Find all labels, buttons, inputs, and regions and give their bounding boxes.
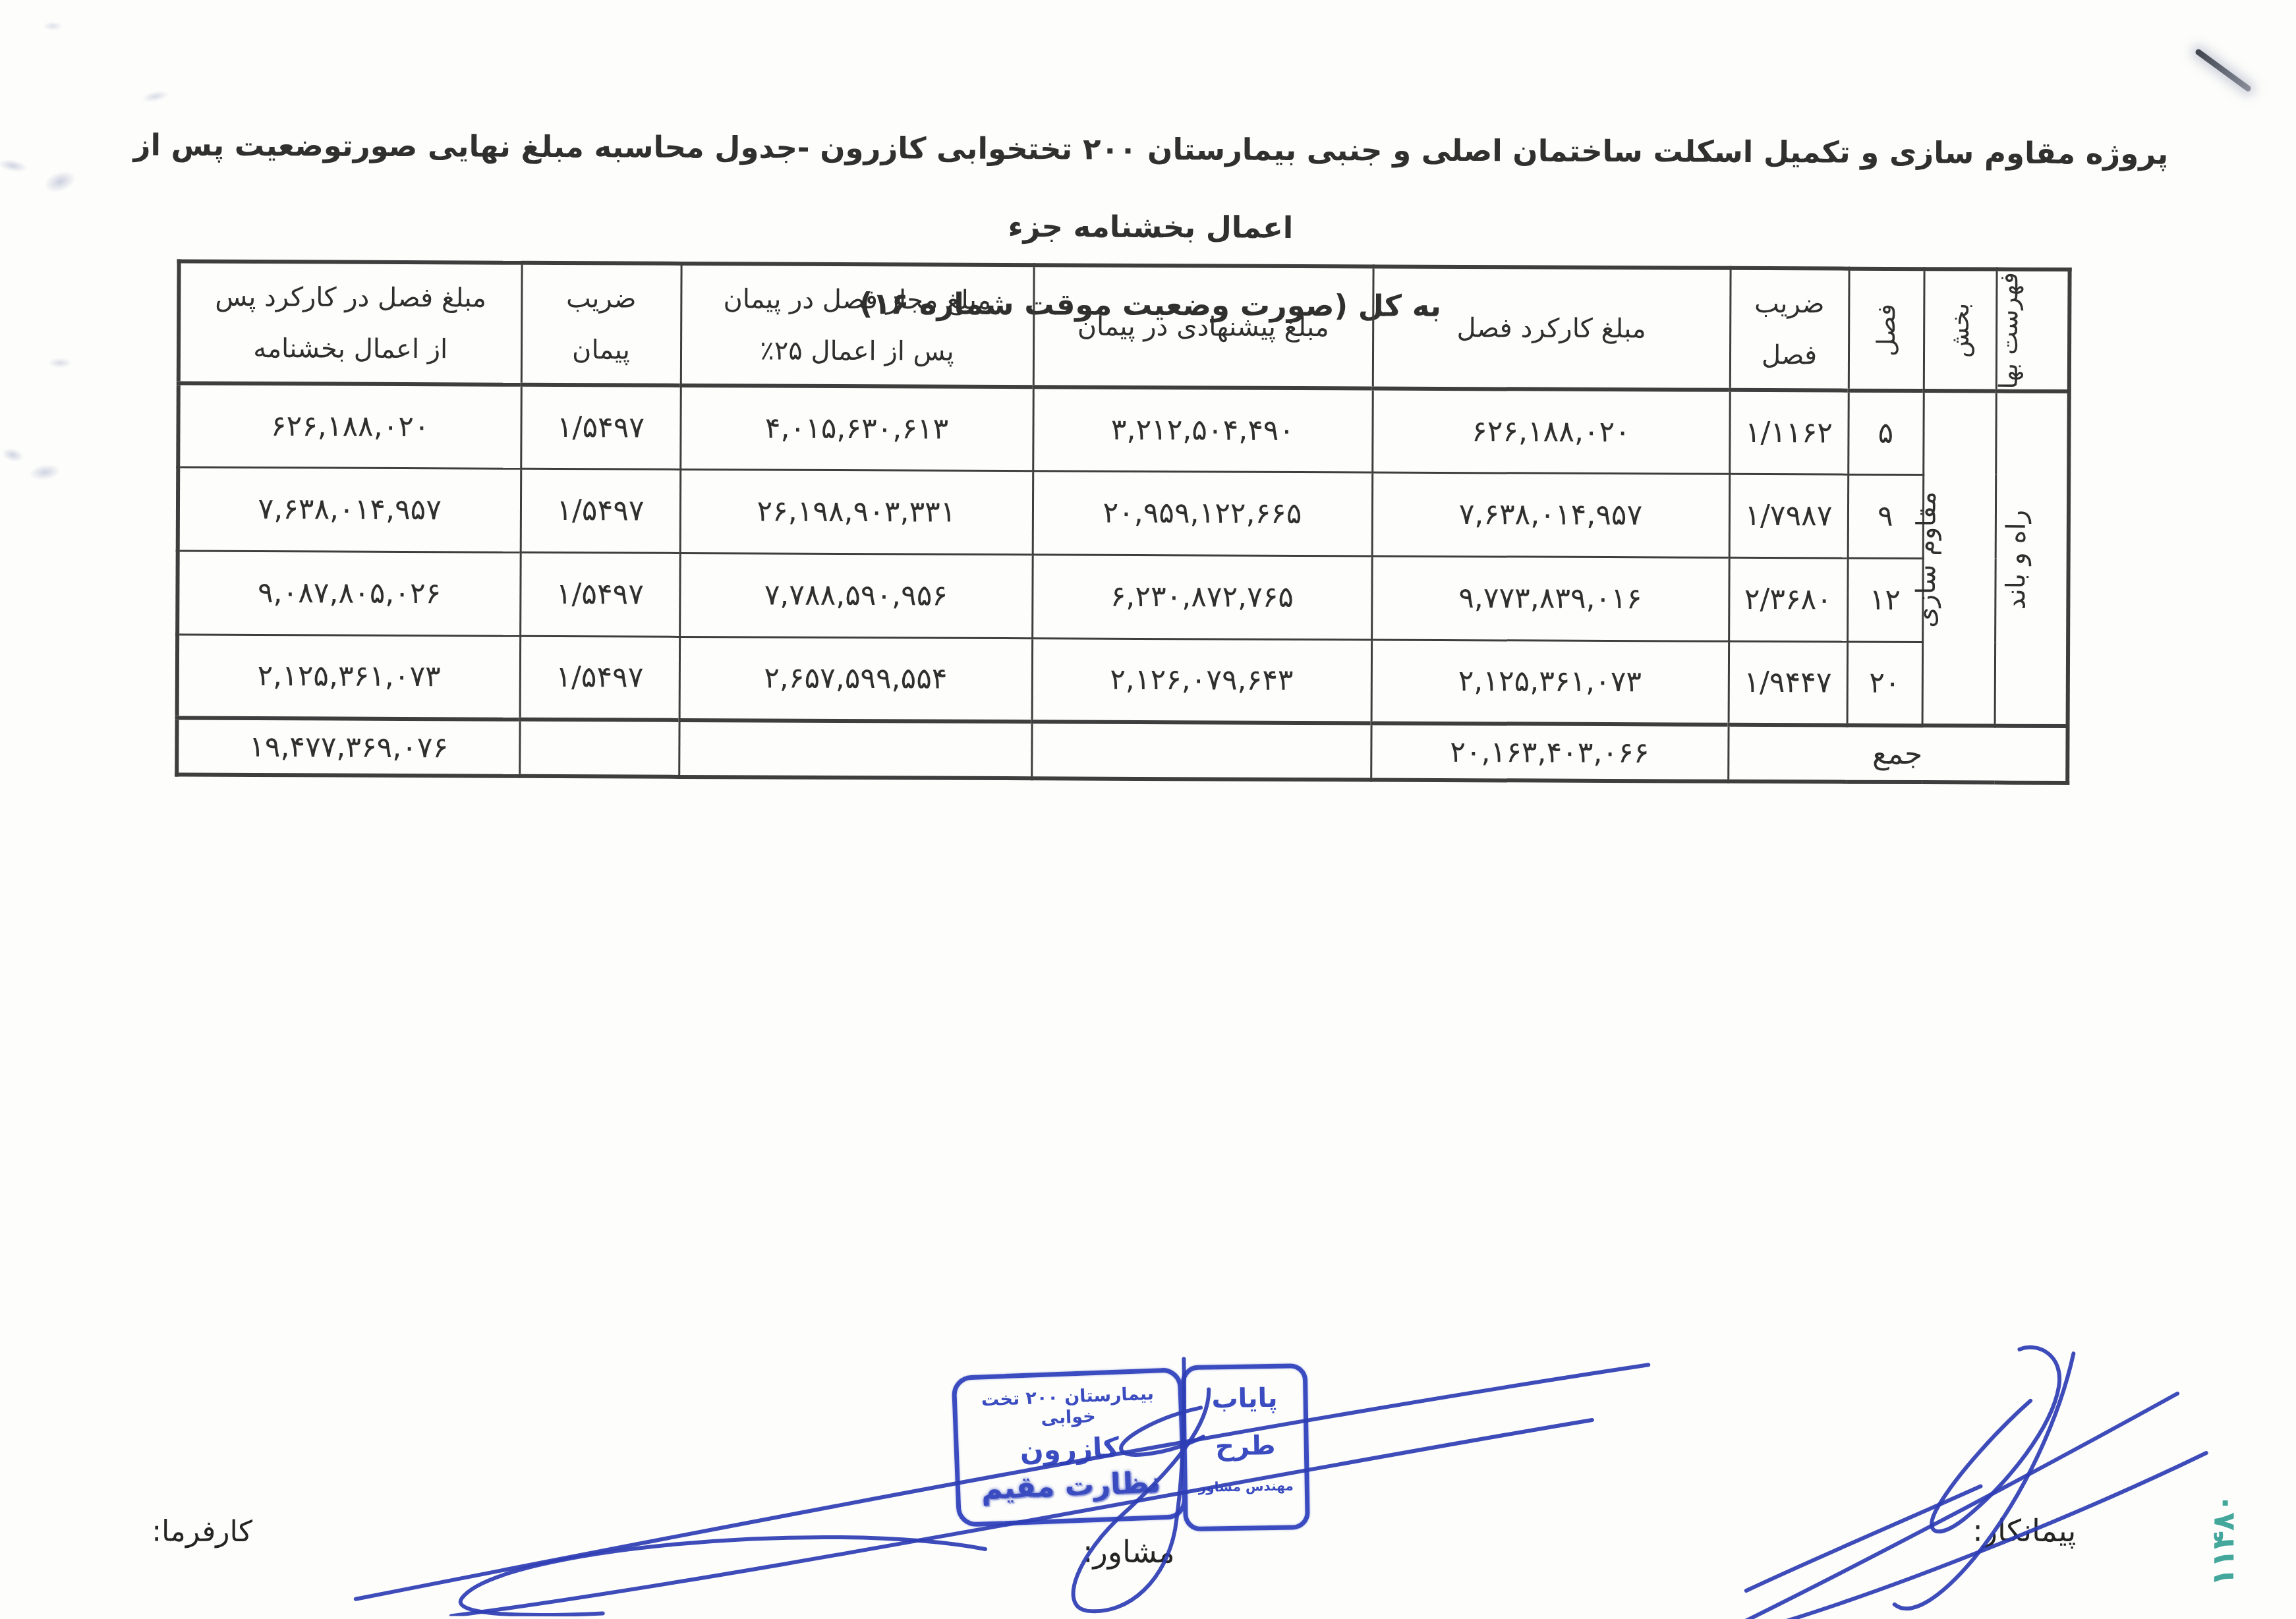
allowed-amount-cell: ۲۶,۱۹۸,۹۰۳,۳۳۱ bbox=[680, 469, 1033, 554]
header-final-amount-line2: از اعمال بخشنامه bbox=[181, 322, 521, 375]
header-allowed-amount: مبلغ مجاز فصل در پیمان پس از اعمال ۲۵٪ bbox=[681, 264, 1034, 387]
final-amount-cell: ۷,۶۳۸,۰۱۴,۹۵۷ bbox=[178, 467, 521, 552]
company-stamp-name1: پایاب bbox=[1186, 1382, 1304, 1415]
header-contract-coefficient-line2: پیمان bbox=[522, 324, 679, 376]
total-work-amount-cell: ۲۰,۱۶۳,۴۰۳,۰۶۶ bbox=[1371, 723, 1728, 781]
header-contract-coefficient: ضریب پیمان bbox=[521, 263, 681, 385]
scanned-document-page: پروژه مقاوم سازی و تکمیل اسکلت ساختمان ا… bbox=[0, 0, 2296, 1619]
header-chapter: فصل bbox=[1849, 269, 1924, 391]
chapter-cell: ۲۰ bbox=[1847, 642, 1923, 725]
contractor-label: پیمانکار: bbox=[1972, 1512, 2076, 1548]
ink-smudge bbox=[43, 22, 63, 31]
contract-coefficient-cell: ۱/۵۴۹۷ bbox=[520, 636, 680, 720]
total-final-amount-cell: ۱۹,۴۷۷,۳۶۹,۰۷۶ bbox=[177, 718, 519, 776]
work-amount-cell: ۶۲۶,۱۸۸,۰۲۰ bbox=[1372, 388, 1730, 473]
chapter-coefficient-cell: ۲/۳۶۸۰ bbox=[1729, 557, 1848, 642]
work-amount-cell: ۲,۱۲۵,۳۶۱,۰۷۳ bbox=[1371, 639, 1729, 724]
empty-cell bbox=[519, 720, 679, 777]
price-list-value-text: راه و باند bbox=[2001, 509, 2032, 610]
chapter-cell: ۵ bbox=[1848, 391, 1924, 474]
handwritten-number-note: ۱۱۴۸۰ bbox=[2196, 1461, 2250, 1619]
table-row: ۱۲ ۲/۳۶۸۰ ۹,۷۷۳,۸۳۹,۰۱۶ ۶,۲۳۰,۸۷۲,۷۶۵ ۷,… bbox=[177, 551, 2069, 643]
header-chapter-coefficient: ضریب فصل bbox=[1730, 268, 1849, 391]
chapter-coefficient-cell: ۱/۹۴۴۷ bbox=[1729, 641, 1848, 725]
header-price-list: فهرست بها bbox=[1996, 270, 2070, 391]
header-chapter-text: فصل bbox=[1872, 303, 1901, 356]
site-stamp-line3: نظارت مقیم bbox=[960, 1465, 1182, 1507]
ink-smudge bbox=[0, 445, 25, 464]
header-section: بخش bbox=[1924, 269, 1997, 391]
ink-smudge bbox=[48, 358, 72, 368]
contract-coefficient-cell: ۱/۵۴۹۷ bbox=[521, 469, 681, 553]
site-stamp-line1: بیمارستان ۲۰۰ تخت خوابی bbox=[956, 1382, 1179, 1432]
empty-cell bbox=[679, 720, 1031, 778]
empty-cell bbox=[1031, 722, 1371, 780]
company-stamp-role: مهندس مشاور bbox=[1188, 1477, 1305, 1495]
company-stamp-name2: طرح bbox=[1186, 1430, 1304, 1462]
proposed-amount-cell: ۲۰,۹۵۹,۱۲۲,۶۶۵ bbox=[1033, 470, 1373, 555]
page-title-line1: پروژه مقاوم سازی و تکمیل اسکلت ساختمان ا… bbox=[121, 106, 2181, 271]
header-proposed-amount: مبلغ پیشنهادی در پیمان bbox=[1033, 265, 1373, 388]
project-table: فهرست بها بخش فصل ضریب فصل مبلغ کارکرد ف… bbox=[175, 260, 2071, 785]
contract-coefficient-cell: ۱/۵۴۹۷ bbox=[520, 552, 680, 637]
header-section-text: بخش bbox=[1945, 302, 1974, 358]
ink-smudge bbox=[141, 88, 170, 104]
handwritten-number-text: ۱۱۴۸۰ bbox=[2205, 1494, 2241, 1587]
site-stamp-line2: کازرون bbox=[958, 1429, 1181, 1469]
header-work-amount: مبلغ کارکرد فصل bbox=[1373, 266, 1731, 389]
allowed-amount-cell: ۲,۶۵۷,۵۹۹,۵۵۴ bbox=[679, 637, 1033, 722]
final-amount-cell: ۲,۱۲۵,۳۶۱,۰۷۳ bbox=[177, 635, 521, 720]
contract-coefficient-cell: ۱/۵۴۹۷ bbox=[521, 385, 681, 469]
header-contract-coefficient-line1: ضریب bbox=[523, 272, 680, 324]
employer-label: کارفرما: bbox=[152, 1514, 252, 1548]
table-header-row: فهرست بها بخش فصل ضریب فصل مبلغ کارکرد ف… bbox=[179, 262, 2070, 392]
site-supervision-stamp: بیمارستان ۲۰۰ تخت خوابی کازرون نظارت مقی… bbox=[952, 1367, 1188, 1527]
consultant-label: مشاور: bbox=[1083, 1534, 1175, 1570]
paper-sheet: پروژه مقاوم سازی و تکمیل اسکلت ساختمان ا… bbox=[0, 0, 2296, 1619]
final-amount-cell: ۹,۰۸۷,۸۰۵,۰۲۶ bbox=[177, 551, 521, 636]
total-label-cell: جمع bbox=[1728, 725, 2067, 783]
table-row: راه و باند مقاوم سازی ۵ ۱/۱۱۶۲ ۶۲۶,۱۸۸,۰… bbox=[178, 383, 2069, 476]
table-row: ۲۰ ۱/۹۴۴۷ ۲,۱۲۵,۳۶۱,۰۷۳ ۲,۱۲۶,۰۷۹,۶۴۳ ۲,… bbox=[177, 635, 2069, 727]
proposed-amount-cell: ۶,۲۳۰,۸۷۲,۷۶۵ bbox=[1032, 554, 1372, 639]
proposed-amount-cell: ۳,۲۱۲,۵۰۴,۴۹۰ bbox=[1033, 387, 1373, 472]
allowed-amount-cell: ۷,۷۸۸,۵۹۰,۹۵۶ bbox=[679, 553, 1033, 638]
table-row: ۹ ۱/۷۹۸۷ ۷,۶۳۸,۰۱۴,۹۵۷ ۲۰,۹۵۹,۱۲۲,۶۶۵ ۲۶… bbox=[178, 467, 2069, 559]
work-amount-cell: ۷,۶۳۸,۰۱۴,۹۵۷ bbox=[1372, 472, 1730, 557]
header-chapter-coefficient-line2: فصل bbox=[1731, 329, 1847, 381]
ink-smudge bbox=[28, 463, 62, 482]
ink-smudge bbox=[42, 167, 79, 196]
work-amount-cell: ۹,۷۷۳,۸۳۹,۰۱۶ bbox=[1371, 555, 1729, 640]
staple-mark bbox=[2195, 48, 2253, 93]
chapter-coefficient-cell: ۱/۷۹۸۷ bbox=[1729, 474, 1849, 558]
header-final-amount: مبلغ فصل در کارکرد پس از اعمال بخشنامه bbox=[179, 262, 522, 385]
header-price-list-text: فهرست بها bbox=[1994, 271, 2024, 389]
ink-smudge bbox=[0, 157, 28, 175]
header-final-amount-line1: مبلغ فصل در کارکرد پس bbox=[181, 271, 521, 324]
header-allowed-amount-line2: پس از اعمال ۲۵٪ bbox=[681, 324, 1032, 377]
header-allowed-amount-line1: مبلغ مجاز فصل در پیمان bbox=[682, 273, 1033, 326]
total-row: جمع ۲۰,۱۶۳,۴۰۳,۰۶۶ ۱۹,۴۷۷,۳۶۹,۰۷۶ bbox=[177, 718, 2067, 783]
proposed-amount-cell: ۲,۱۲۶,۰۷۹,۶۴۳ bbox=[1032, 638, 1372, 723]
consultant-company-stamp: پایاب طرح مهندس مشاور bbox=[1181, 1363, 1310, 1531]
section-value-text: مقاوم سازی bbox=[1910, 491, 1941, 627]
header-chapter-coefficient-line1: ضریب bbox=[1731, 277, 1848, 329]
allowed-amount-cell: ۴,۰۱۵,۶۳۰,۶۱۳ bbox=[680, 385, 1033, 470]
chapter-coefficient-cell: ۱/۱۱۶۲ bbox=[1729, 390, 1849, 474]
price-list-value-cell: راه و باند bbox=[1995, 391, 2069, 726]
final-amount-cell: ۶۲۶,۱۸۸,۰۲۰ bbox=[178, 383, 521, 469]
